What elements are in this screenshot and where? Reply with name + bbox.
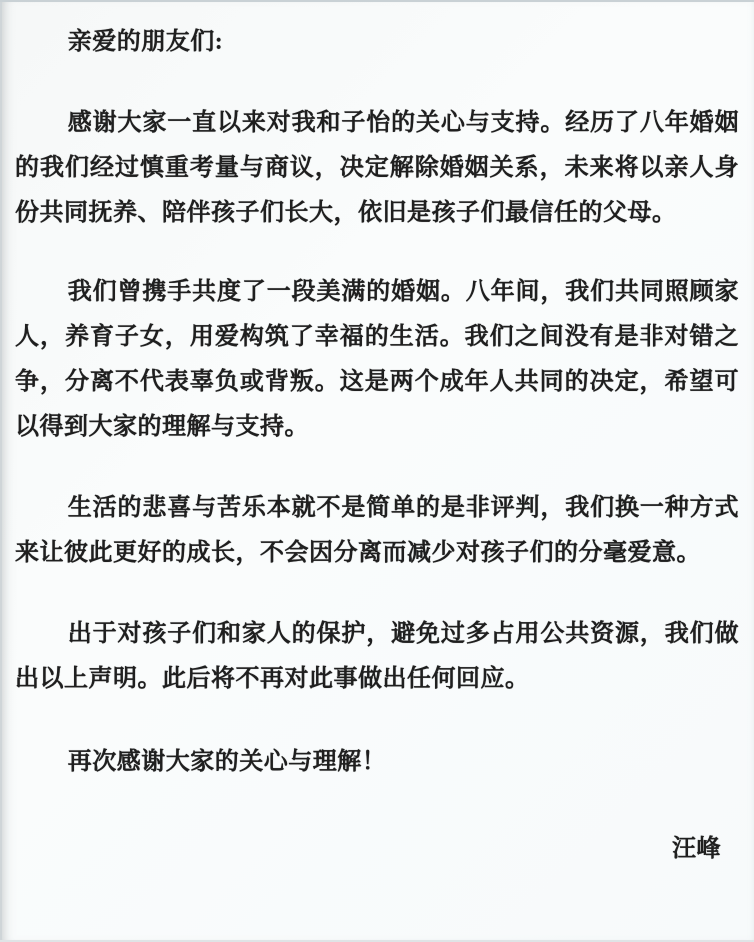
letter-signature: 汪峰: [15, 827, 739, 872]
letter-paragraph-4: 出于对孩子们和家人的保护，避免过多占用公共资源，我们做出以上声明。此后将不再对此…: [15, 612, 739, 702]
letter-paragraph-3: 生活的悲喜与苦乐本就不是简单的是非评判，我们换一种方式来让彼此更好的成长，不会因…: [15, 486, 739, 576]
letter-salutation: 亲爱的朋友们:: [15, 20, 739, 65]
letter-body: 亲爱的朋友们: 感谢大家一直以来对我和子怡的关心与支持。经历了八年婚姻的我们经过…: [0, 0, 754, 942]
letter-closing: 再次感谢大家的关心与理解！: [15, 740, 739, 785]
scanned-letter-page: 亲爱的朋友们: 感谢大家一直以来对我和子怡的关心与支持。经历了八年婚姻的我们经过…: [0, 0, 754, 942]
letter-paragraph-1: 感谢大家一直以来对我和子怡的关心与支持。经历了八年婚姻的我们经过慎重考量与商议，…: [15, 101, 739, 236]
letter-paragraph-2: 我们曾携手共度了一段美满的婚姻。八年间，我们共同照顾家人，养育子女，用爱构筑了幸…: [15, 270, 739, 450]
